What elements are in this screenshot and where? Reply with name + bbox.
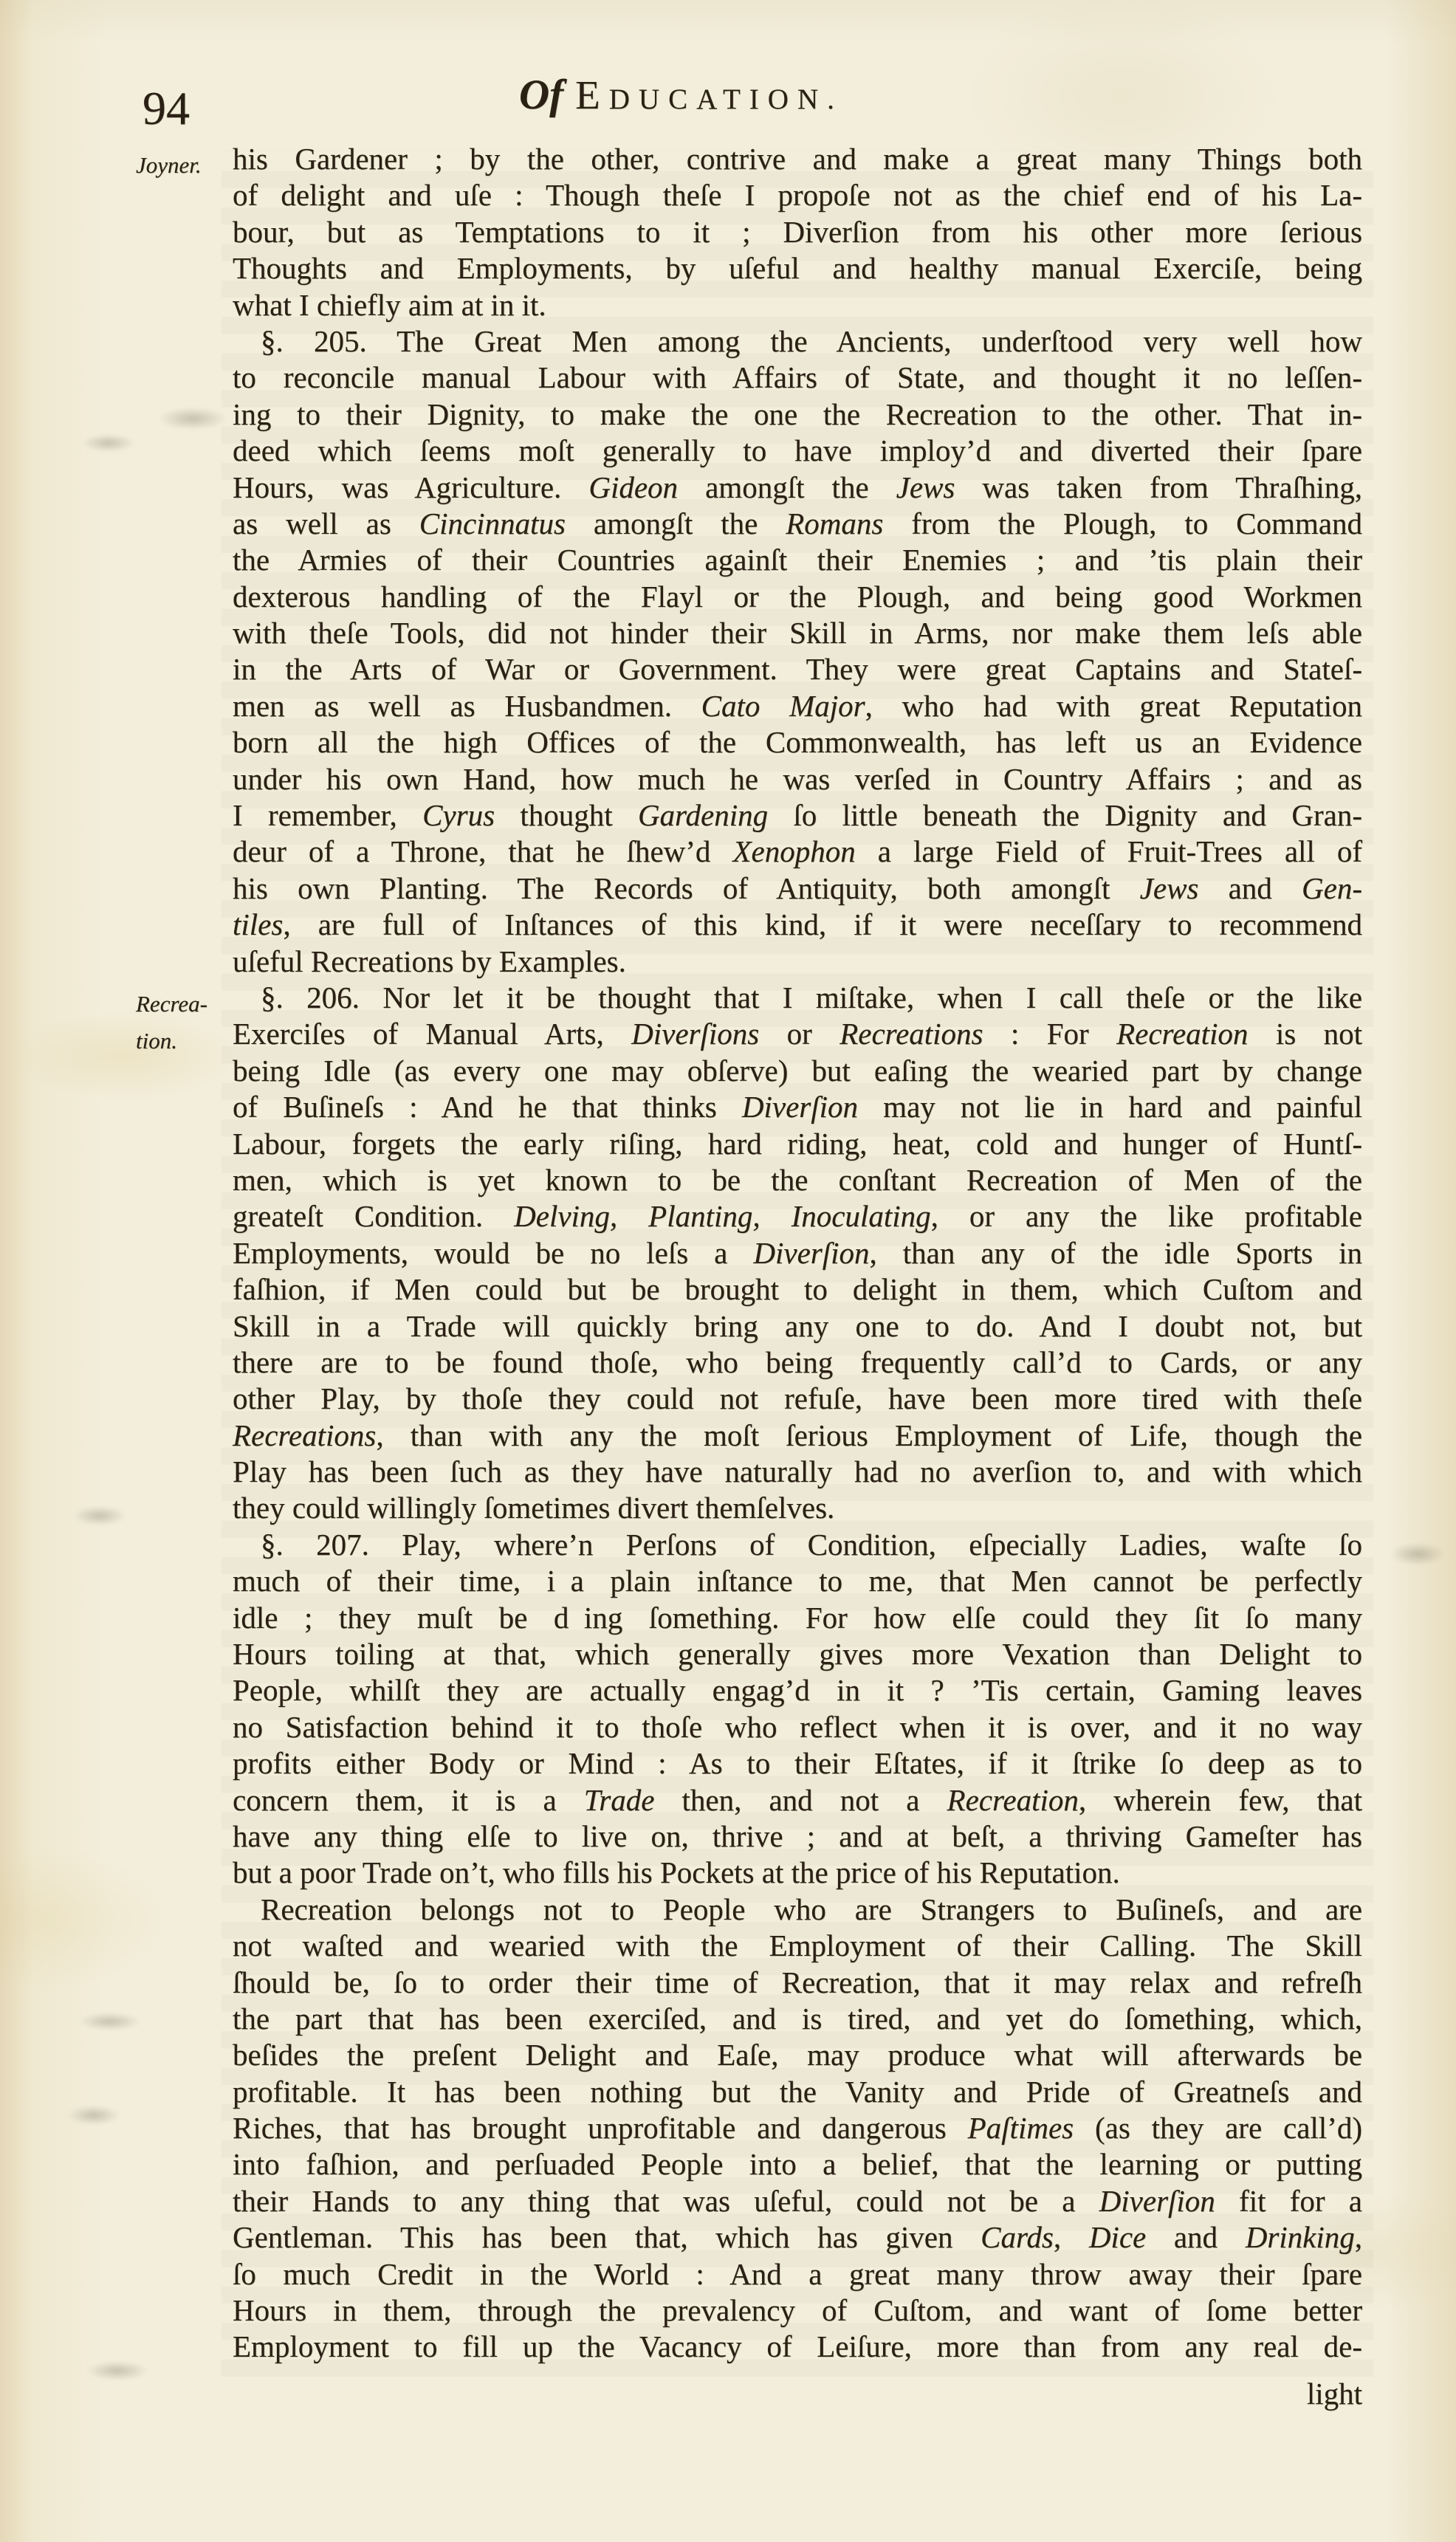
- body-text: Play has been ſuch as they have naturall…: [233, 1454, 1362, 1488]
- ink-smudge: [83, 434, 134, 452]
- text-line: Gentleman. This has been that, which has…: [233, 2219, 1362, 2256]
- body-text: in the Arts of War or Government. They w…: [233, 652, 1362, 686]
- body-text: , wherein few, that: [1079, 1783, 1362, 1817]
- text-line: what I chiefly aim at in it.: [233, 287, 1362, 323]
- body-text: idle ; they muſt be d ing ſomething. For…: [233, 1601, 1362, 1635]
- margin-notes: Joyner.Recrea-tion.: [136, 0, 239, 2542]
- text-line: §. 206. Nor let it be thought that I miſ…: [233, 980, 1362, 1016]
- body-text: Riches, that has brought unprofitable an…: [233, 2111, 968, 2145]
- text-line: men, which is yet known to be the conſta…: [233, 1162, 1362, 1198]
- body-text: profitable. It has been nothing but the …: [233, 2075, 1362, 2109]
- text-line: Skill in a Trade will quickly bring any …: [233, 1308, 1362, 1344]
- text-line: uſeful Recreations by Examples.: [233, 944, 1362, 980]
- text-line: in the Arts of War or Government. They w…: [233, 651, 1362, 687]
- italic-text: Diverſion: [742, 1090, 858, 1124]
- body-text: their Hands to any thing that was uſeful…: [233, 2184, 1099, 2218]
- body-text: or: [759, 1017, 839, 1051]
- running-header-of: Of: [519, 72, 563, 118]
- body-text: fit for a: [1215, 2184, 1362, 2218]
- body-text: Hours toiling at that, which generally g…: [233, 1637, 1362, 1671]
- body-text: amongſt the: [566, 506, 786, 540]
- body-text: deur of a Throne, that he ſhew’d: [233, 834, 732, 868]
- italic-text: Diverſion: [1099, 2184, 1215, 2218]
- ink-smudge: [1391, 1543, 1444, 1565]
- text-line: bour, but as Temptations to it ; Diverſi…: [233, 214, 1362, 250]
- body-text: was taken from Thraſhing,: [955, 470, 1362, 504]
- italic-text: tiles: [233, 907, 283, 941]
- catchword: light: [233, 2376, 1362, 2412]
- text-line: Recreations, than with any the moſt ſeri…: [233, 1418, 1362, 1454]
- italic-text: Cato Major: [701, 689, 865, 723]
- body-text: there are to be found thoſe, who being f…: [233, 1345, 1362, 1379]
- italic-text: Trade: [584, 1783, 655, 1817]
- text-line: the part that has been exerciſed, and is…: [233, 2001, 1362, 2037]
- body-text: bour, but as Temptations to it ; Diverſi…: [233, 215, 1362, 249]
- italic-text: Cyrus: [422, 798, 495, 832]
- body-text: and: [1146, 2220, 1246, 2254]
- running-header-title: EDUCATION.: [575, 69, 843, 126]
- text-line: there are to be found thoſe, who being f…: [233, 1344, 1362, 1381]
- body-text: men, which is yet known to be the conſta…: [233, 1163, 1362, 1197]
- text-line: Hours in them, through the prevalency of…: [233, 2292, 1362, 2329]
- margin-note: tion.: [136, 1028, 239, 1054]
- text-line: Exerciſes of Manual Arts, Diverſions or …: [233, 1016, 1362, 1052]
- italic-text: Recreation: [947, 1783, 1079, 1817]
- text-line: Labour, forgets the early riſing, hard r…: [233, 1126, 1362, 1162]
- body-text: Skill in a Trade will quickly bring any …: [233, 1309, 1362, 1343]
- body-text: is not: [1248, 1017, 1362, 1051]
- body-text: under his own Hand, how much he was verſ…: [233, 762, 1362, 796]
- body-text: to reconcile manual Labour with Affairs …: [233, 360, 1362, 394]
- body-text: Gentleman. This has been that, which has…: [233, 2220, 981, 2254]
- body-text: ,: [1355, 2220, 1362, 2254]
- body-text: dexterous handling of the Flayl or the P…: [233, 580, 1362, 614]
- body-text: , are full of Inſtances of this kind, if…: [283, 907, 1362, 941]
- body-text: from the Plough, to Command: [883, 506, 1362, 540]
- text-line: Employments, would be no leſs a Diverſio…: [233, 1235, 1362, 1271]
- text-line: §. 207. Play, where’n Perſons of Conditi…: [233, 1527, 1362, 1563]
- body-text: deed which ſeems moſt generally to have …: [233, 433, 1362, 467]
- text-line: born all the high Offices of the Commonw…: [233, 724, 1362, 760]
- body-text: his Gardener ; by the other, contrive an…: [233, 142, 1362, 176]
- text-block: his Gardener ; by the other, contrive an…: [233, 141, 1362, 2366]
- italic-text: Recreation: [1116, 1017, 1248, 1051]
- text-line: into faſhion, and perſuaded People into …: [233, 2146, 1362, 2182]
- body-text: born all the high Offices of the Commonw…: [233, 725, 1362, 759]
- body-text: amongſt the: [678, 470, 896, 504]
- body-text: faſhion, if Men could but be brought to …: [233, 1272, 1362, 1306]
- text-line: of Buſineſs : And he that thinks Diverſi…: [233, 1089, 1362, 1125]
- italic-text: Jews: [896, 470, 955, 504]
- italic-text: Cards: [981, 2220, 1054, 2254]
- body-text: no Satisfaction behind it to thoſe who r…: [233, 1710, 1362, 1744]
- text-line: under his own Hand, how much he was verſ…: [233, 761, 1362, 797]
- body-text: §. 206. Nor let it be thought that I miſ…: [261, 980, 1362, 1014]
- body-text: Hours in them, through the prevalency of…: [233, 2293, 1362, 2327]
- text-line: his own Planting. The Records of Antiqui…: [233, 870, 1362, 907]
- text-line: deur of a Throne, that he ſhew’d Xenopho…: [233, 834, 1362, 870]
- body-text: ,: [1054, 2220, 1089, 2254]
- text-line: they could willingly ſometimes divert th…: [233, 1490, 1362, 1526]
- text-line: tiles, are full of Inſtances of this kin…: [233, 907, 1362, 943]
- italic-text: Dice: [1089, 2220, 1146, 2254]
- italic-text: Paſtimes: [968, 2111, 1074, 2145]
- text-line: ſo much Credit in the World : And a grea…: [233, 2256, 1362, 2292]
- body-text: being Idle (as every one may obſerve) bu…: [233, 1054, 1362, 1088]
- body-text: into faſhion, and perſuaded People into …: [233, 2147, 1362, 2181]
- body-text: §. 205. The Great Men among the Ancients…: [261, 324, 1362, 358]
- body-text: men as well as Husbandmen.: [233, 689, 701, 723]
- body-text: I remember,: [233, 798, 422, 832]
- text-line: but a poor Trade on’t, who fills his Poc…: [233, 1855, 1362, 1891]
- text-line: Recreation belongs not to People who are…: [233, 1892, 1362, 1928]
- body-text: Labour, forgets the early riſing, hard r…: [233, 1127, 1362, 1161]
- text-line: ſhould be, ſo to order their time of Rec…: [233, 1965, 1362, 2001]
- body-text: , than any of the idle Sports in: [870, 1236, 1363, 1270]
- body-text: Employments, would be no leſs a: [233, 1236, 753, 1270]
- body-text: but a poor Trade on’t, who fills his Poc…: [233, 1855, 1120, 1889]
- body-text: profits either Body or Mind : As to thei…: [233, 1746, 1362, 1780]
- body-text: Hours, was Agriculture.: [233, 470, 588, 504]
- body-text: a large Field of Fruit-Trees all of: [856, 834, 1362, 868]
- body-text: with theſe Tools, did not hinder their S…: [233, 616, 1362, 650]
- text-line: Employment to fill up the Vacancy of Lei…: [233, 2329, 1362, 2365]
- running-header: OfEDUCATION.: [519, 69, 843, 126]
- text-line: have any thing elſe to live on, thrive ;…: [233, 1818, 1362, 1855]
- text-line: to reconcile manual Labour with Affairs …: [233, 360, 1362, 396]
- italic-text: Diverſions: [631, 1017, 759, 1051]
- italic-text: Xenophon: [732, 834, 855, 868]
- body-text: greateſt Condition.: [233, 1199, 514, 1233]
- text-line: with theſe Tools, did not hinder their S…: [233, 615, 1362, 651]
- body-text: have any thing elſe to live on, thrive ;…: [233, 1819, 1362, 1853]
- ink-smudge: [74, 1506, 126, 1525]
- body-text: much of their time, i a plain inſtance t…: [233, 1564, 1362, 1598]
- italic-text: Drinking: [1246, 2220, 1355, 2254]
- body-text: §. 207. Play, where’n Perſons of Conditi…: [261, 1528, 1362, 1562]
- body-text: other Play, by thoſe they could not refu…: [233, 1381, 1362, 1415]
- text-line: dexterous handling of the Flayl or the P…: [233, 579, 1362, 615]
- body-text: then, and not a: [654, 1783, 947, 1817]
- italic-text: Gen-: [1302, 871, 1362, 905]
- text-line: Play has been ſuch as they have naturall…: [233, 1454, 1362, 1490]
- text-line: Hours toiling at that, which generally g…: [233, 1636, 1362, 1672]
- body-text: ſo much Credit in the World : And a grea…: [233, 2257, 1362, 2291]
- body-text: ſo little beneath the Dignity and Gran-: [768, 798, 1362, 832]
- text-line: beſides the preſent Delight and Eaſe, ma…: [233, 2037, 1362, 2073]
- text-line: of delight and uſe : Though theſe I prop…: [233, 177, 1362, 213]
- body-text: not waſted and wearied with the Employme…: [233, 1928, 1362, 1962]
- body-text: (as they are call’d): [1074, 2111, 1362, 2145]
- body-text: Thoughts and Employments, by uſeful and …: [233, 251, 1362, 285]
- body-text: concern them, it is a: [233, 1783, 584, 1817]
- body-text: of delight and uſe : Though theſe I prop…: [233, 178, 1362, 212]
- body-text: may not lie in hard and painful: [858, 1090, 1362, 1124]
- body-text: ſhould be, ſo to order their time of Rec…: [233, 1965, 1362, 1999]
- body-text: uſeful Recreations by Examples.: [233, 944, 626, 978]
- margin-note: Joyner.: [136, 152, 239, 179]
- body-text: , than with any the moſt ſerious Employm…: [376, 1418, 1362, 1452]
- text-line: his Gardener ; by the other, contrive an…: [233, 141, 1362, 177]
- italic-text: Romans: [786, 506, 883, 540]
- body-text: , who had with great Reputation: [865, 689, 1362, 723]
- text-line: Riches, that has brought unprofitable an…: [233, 2110, 1362, 2146]
- body-text: the part that has been exerciſed, and is…: [233, 2002, 1362, 2036]
- italic-text: Recreations: [839, 1017, 983, 1051]
- body-text: Recreation belongs not to People who are…: [261, 1892, 1362, 1926]
- ink-smudge: [80, 2013, 140, 2030]
- italic-text: Diverſion: [753, 1236, 869, 1270]
- italic-text: Cincinnatus: [419, 506, 566, 540]
- text-line: being Idle (as every one may obſerve) bu…: [233, 1053, 1362, 1089]
- text-line: the Armies of their Countries againſt th…: [233, 542, 1362, 578]
- text-line: much of their time, i a plain inſtance t…: [233, 1563, 1362, 1599]
- body-text: they could willingly ſometimes divert th…: [233, 1491, 834, 1525]
- italic-text: Gideon: [588, 470, 678, 504]
- body-text: : For: [983, 1017, 1117, 1051]
- body-text: thought: [495, 798, 638, 832]
- italic-text: Delving, Planting, Inoculating: [514, 1199, 930, 1233]
- text-line: concern them, it is a Trade then, and no…: [233, 1782, 1362, 1818]
- text-line: greateſt Condition. Delving, Planting, I…: [233, 1198, 1362, 1234]
- ink-smudge: [68, 2106, 120, 2125]
- body-text: as well as: [233, 506, 419, 540]
- text-line: deed which ſeems moſt generally to have …: [233, 433, 1362, 469]
- body-text: the Armies of their Countries againſt th…: [233, 543, 1362, 577]
- text-line: People, whilſt they are actually engag’d…: [233, 1672, 1362, 1708]
- italic-text: Jews: [1140, 871, 1199, 905]
- body-text: ing to their Dignity, to make the one th…: [233, 397, 1362, 431]
- margin-note: Recrea-: [136, 991, 239, 1017]
- text-line: profitable. It has been nothing but the …: [233, 2074, 1362, 2110]
- text-line: faſhion, if Men could but be brought to …: [233, 1271, 1362, 1308]
- text-line: other Play, by thoſe they could not refu…: [233, 1381, 1362, 1417]
- italic-text: Recreations: [233, 1418, 376, 1452]
- body-text: People, whilſt they are actually engag’d…: [233, 1673, 1362, 1707]
- text-line: Hours, was Agriculture. Gideon amongſt t…: [233, 470, 1362, 506]
- text-line: idle ; they muſt be d ing ſomething. For…: [233, 1600, 1362, 1636]
- body-text: of Buſineſs : And he that thinks: [233, 1090, 742, 1124]
- text-line: as well as Cincinnatus amongſt the Roman…: [233, 506, 1362, 542]
- text-line: §. 205. The Great Men among the Ancients…: [233, 323, 1362, 360]
- body-text: and: [1198, 871, 1302, 905]
- text-line: I remember, Cyrus thought Gardening ſo l…: [233, 797, 1362, 834]
- body-text: beſides the preſent Delight and Eaſe, ma…: [233, 2038, 1362, 2072]
- body-text: , or any the like profitable: [931, 1199, 1362, 1233]
- book-page-scan: 94 OfEDUCATION. Joyner.Recrea-tion. his …: [0, 0, 1456, 2542]
- text-line: their Hands to any thing that was uſeful…: [233, 2183, 1362, 2219]
- body-text: his own Planting. The Records of Antiqui…: [233, 871, 1140, 905]
- text-line: not waſted and wearied with the Employme…: [233, 1928, 1362, 1964]
- text-line: no Satisfaction behind it to thoſe who r…: [233, 1709, 1362, 1745]
- text-line: men as well as Husbandmen. Cato Major, w…: [233, 688, 1362, 724]
- italic-text: Gardening: [638, 798, 768, 832]
- body-text: what I chiefly aim at in it.: [233, 288, 546, 322]
- text-line: profits either Body or Mind : As to thei…: [233, 1745, 1362, 1782]
- body-text: Exerciſes of Manual Arts,: [233, 1017, 631, 1051]
- text-line: Thoughts and Employments, by uſeful and …: [233, 250, 1362, 286]
- body-text: Employment to fill up the Vacancy of Lei…: [233, 2329, 1362, 2363]
- text-line: ing to their Dignity, to make the one th…: [233, 396, 1362, 433]
